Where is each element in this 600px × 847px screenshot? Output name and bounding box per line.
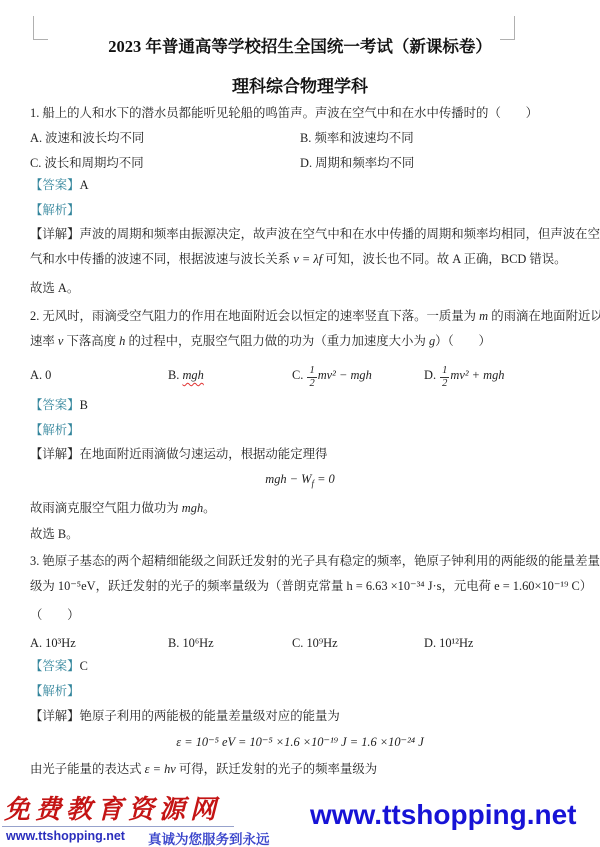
q1-answer-line: 【答案】A — [30, 178, 89, 194]
q2-detail: 【详解】在地面附近雨滴做匀速运动，根据动能定理得 — [30, 447, 327, 463]
q3-option-c: C. 10⁹Hz — [292, 628, 338, 658]
q3-stem-line1: 3. 铯原子基态的两个超精细能级之间跃迁发射的光子具有稳定的频率，铯原子钟利用的… — [30, 554, 600, 570]
q3-answer-line: 【答案】C — [30, 659, 88, 675]
q2-option-a: A. 0 — [30, 360, 51, 390]
free-education-resources-logo: 免费教育资源网 — [4, 789, 221, 826]
q2-after-pre: 故雨滴克服空气阻力做功为 — [30, 501, 182, 515]
document-page: 2023 年普通高等学校招生全国统一考试（新课标卷） 理科综合物理学科 1. 船… — [0, 0, 600, 847]
q2-option-b-formula: mgh — [182, 368, 203, 382]
q2-analysis-label: 【解析】 — [30, 423, 80, 439]
document-title: 2023 年普通高等学校招生全国统一考试（新课标卷） — [0, 33, 600, 57]
q2-answer-line: 【答案】B — [30, 398, 88, 414]
q3-option-b: B. 10⁶Hz — [168, 628, 214, 658]
q2-after-formula: 故雨滴克服空气阻力做功为 mgh。 — [30, 501, 216, 517]
q1-option-d: D. 周期和频率均不同 — [300, 148, 414, 178]
footer-slogan: 真诚为您服务到永远 — [148, 828, 270, 847]
q1-answer-label: 【答案】 — [30, 178, 80, 192]
q3-after-pre: 由光子能量的表达式 — [30, 762, 145, 776]
q2-stem-line1-pre: 2. 无风时，雨滴受空气阻力的作用在地面附近会以恒定的速率竖直下落。一质量为 — [30, 309, 479, 323]
q2-energy-theorem-formula: mgh − Wf = 0 — [30, 472, 570, 490]
footer-divider-line — [2, 826, 234, 827]
q2-stem-line1: 2. 无风时，雨滴受空气阻力的作用在地面附近会以恒定的速率竖直下落。一质量为 m… — [30, 309, 600, 325]
q3-stem-line2: 级为 10⁻⁵eV，跃迁发射的光子的频率量级为（普朗克常量 h = 6.63 ×… — [30, 579, 592, 595]
q2-option-b: B. mgh — [168, 360, 204, 390]
q1-conclusion: 故选 A。 — [30, 281, 79, 297]
q2-stem-line2-p1: 速率 — [30, 334, 58, 348]
wave-speed-formula: v = λf — [293, 252, 322, 266]
q2-answer-label: 【答案】 — [30, 398, 80, 412]
q2-option-b-label: B. — [168, 368, 182, 382]
q2-answer-value: B — [80, 398, 88, 412]
q3-after-formula: 由光子能量的表达式 ε = hν 可得，跃迁发射的光子的频率量级为 — [30, 762, 377, 778]
q2-after-post: 。 — [203, 501, 215, 515]
q1-stem: 1. 船上的人和水下的潜水员都能听见轮船的鸣笛声。声波在空气中和在水中传播时的（… — [30, 106, 538, 122]
q2-stem-line2-p2: 下落高度 — [63, 334, 119, 348]
document-subtitle: 理科综合物理学科 — [0, 72, 600, 97]
q3-energy-formula: ε = 10⁻⁵ eV = 10⁻⁵ ×1.6 ×10⁻¹⁹ J = 1.6 ×… — [30, 735, 570, 751]
q3-stem-line3: （ ） — [30, 608, 80, 624]
footer-site-url[interactable]: www.ttshopping.net — [6, 829, 125, 843]
q2-option-d-label: D. — [424, 368, 439, 382]
q2-option-c-formula: mv² − mgh — [318, 368, 372, 382]
q2-stem-line1-post: 的雨滴在地面附近以 — [488, 309, 600, 323]
q1-option-c: C. 波长和周期均不同 — [30, 148, 144, 178]
q1-detail-line2-pre: 气和水中传播的波速不同，根据波速与波长关系 — [30, 252, 293, 266]
q1-detail-line2-post: 可知，波长也不同。故 A 正确，BCD 错误。 — [322, 252, 566, 266]
work-result-formula: mgh — [182, 501, 203, 515]
q1-analysis-label: 【解析】 — [30, 203, 80, 219]
q2-option-c: C. 12mv² − mgh — [292, 360, 372, 390]
fraction-one-half: 12 — [307, 366, 316, 390]
q3-after-post: 可得，跃迁发射的光子的频率量级为 — [176, 762, 377, 776]
q3-option-d: D. 10¹²Hz — [424, 628, 473, 658]
photon-energy-formula: ε = hν — [145, 762, 176, 776]
q2-option-d: D. 12mv² + mgh — [424, 360, 504, 390]
q2-option-c-label: C. — [292, 368, 306, 382]
q3-analysis-label: 【解析】 — [30, 684, 80, 700]
q2-stem-line2: 速率 v 下落高度 h 的过程中，克服空气阻力做的功为（重力加速度大小为 g）（… — [30, 334, 491, 350]
q2-option-d-formula: mv² + mgh — [450, 368, 504, 382]
q1-answer-value: A — [80, 178, 89, 192]
q1-detail-line1: 【详解】声波的周期和频率由振源决定，故声波在空气中和在水中传播的周期和频率均相同… — [30, 227, 600, 243]
mass-symbol: m — [479, 309, 488, 323]
q3-answer-label: 【答案】 — [30, 659, 80, 673]
footer-big-url[interactable]: www.ttshopping.net — [310, 799, 576, 831]
q1-detail-line2: 气和水中传播的波速不同，根据波速与波长关系 v = λf 可知，波长也不同。故 … — [30, 252, 567, 268]
q2-conclusion: 故选 B。 — [30, 527, 79, 543]
q3-answer-value: C — [80, 659, 88, 673]
q3-detail: 【详解】铯原子利用的两能极的能量差量级对应的能量为 — [30, 709, 340, 725]
q2-stem-line2-p4: ）（ ） — [435, 334, 491, 348]
fraction-one-half: 12 — [440, 366, 449, 390]
q2-stem-line2-p3: 的过程中，克服空气阻力做的功为（重力加速度大小为 — [125, 334, 429, 348]
q3-option-a: A. 10³Hz — [30, 628, 76, 658]
